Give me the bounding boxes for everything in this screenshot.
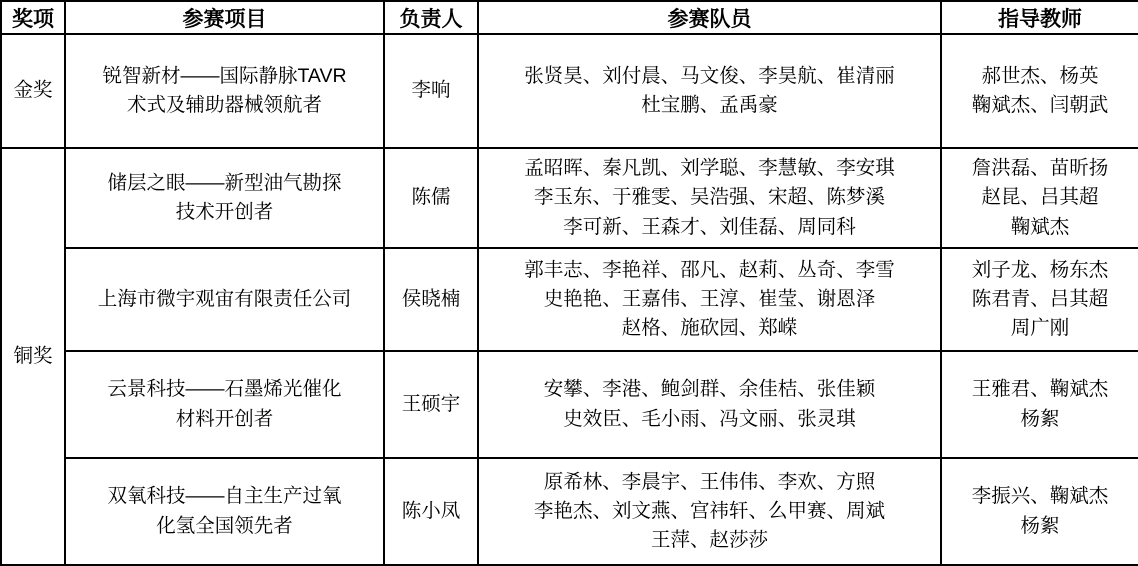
members-cell: 郭丰志、李艳祥、邵凡、赵莉、丛奇、李雪 史艳艳、王嘉伟、王淳、崔莹、谢恩泽 赵格… [478, 248, 941, 351]
leader-cell: 王硕宇 [384, 351, 478, 458]
award-cell-gold: 金奖 [1, 34, 65, 148]
project-cell: 储层之眼——新型油气勘探 技术开创者 [65, 148, 384, 248]
leader-cell: 李响 [384, 34, 478, 148]
table-row-bronze-2: 上海市微宇观宙有限责任公司 侯晓楠 郭丰志、李艳祥、邵凡、赵莉、丛奇、李雪 史艳… [1, 248, 1138, 351]
leader-cell: 陈儒 [384, 148, 478, 248]
members-cell: 孟昭晖、秦凡凯、刘学聪、李慧敏、李安琪 李玉东、于雅雯、吴浩强、宋超、陈梦溪 李… [478, 148, 941, 248]
award-cell-bronze: 铜奖 [1, 148, 65, 565]
teachers-cell: 王雅君、鞠斌杰 杨絮 [941, 351, 1138, 458]
header-teachers: 指导教师 [941, 1, 1138, 34]
header-row: 奖项 参赛项目 负责人 参赛队员 指导教师 [1, 1, 1138, 34]
members-cell: 原希林、李晨宇、王伟伟、李欢、方照 李艳杰、刘文燕、宫祎轩、么甲赛、周斌 王萍、… [478, 458, 941, 565]
table-row-bronze-4: 双氧科技——自主生产过氧 化氢全国领先者 陈小凤 原希林、李晨宇、王伟伟、李欢、… [1, 458, 1138, 565]
project-cell: 上海市微宇观宙有限责任公司 [65, 248, 384, 351]
project-cell: 双氧科技——自主生产过氧 化氢全国领先者 [65, 458, 384, 565]
project-cell: 锐智新材——国际静脉TAVR 术式及辅助器械领航者 [65, 34, 384, 148]
table-row-bronze-1: 铜奖 储层之眼——新型油气勘探 技术开创者 陈儒 孟昭晖、秦凡凯、刘学聪、李慧敏… [1, 148, 1138, 248]
header-leader: 负责人 [384, 1, 478, 34]
header-members: 参赛队员 [478, 1, 941, 34]
header-project: 参赛项目 [65, 1, 384, 34]
header-award: 奖项 [1, 1, 65, 34]
awards-table: 奖项 参赛项目 负责人 参赛队员 指导教师 金奖 锐智新材——国际静脉TAVR … [0, 0, 1138, 566]
teachers-cell: 李振兴、鞠斌杰 杨絮 [941, 458, 1138, 565]
table-row-gold: 金奖 锐智新材——国际静脉TAVR 术式及辅助器械领航者 李响 张贤昊、刘付晨、… [1, 34, 1138, 148]
members-cell: 张贤昊、刘付晨、马文俊、李昊航、崔清丽 杜宝鹏、孟禹豪 [478, 34, 941, 148]
table-row-bronze-3: 云景科技——石墨烯光催化 材料开创者 王硕宇 安攀、李港、鲍剑群、余佳桔、张佳颖… [1, 351, 1138, 458]
members-cell: 安攀、李港、鲍剑群、余佳桔、张佳颖 史效臣、毛小雨、冯文丽、张灵琪 [478, 351, 941, 458]
leader-cell: 侯晓楠 [384, 248, 478, 351]
project-cell: 云景科技——石墨烯光催化 材料开创者 [65, 351, 384, 458]
leader-cell: 陈小凤 [384, 458, 478, 565]
teachers-cell: 詹洪磊、苗昕扬 赵昆、吕其超 鞠斌杰 [941, 148, 1138, 248]
teachers-cell: 刘子龙、杨东杰 陈君青、吕其超 周广刚 [941, 248, 1138, 351]
teachers-cell: 郝世杰、杨英 鞠斌杰、闫朝武 [941, 34, 1138, 148]
